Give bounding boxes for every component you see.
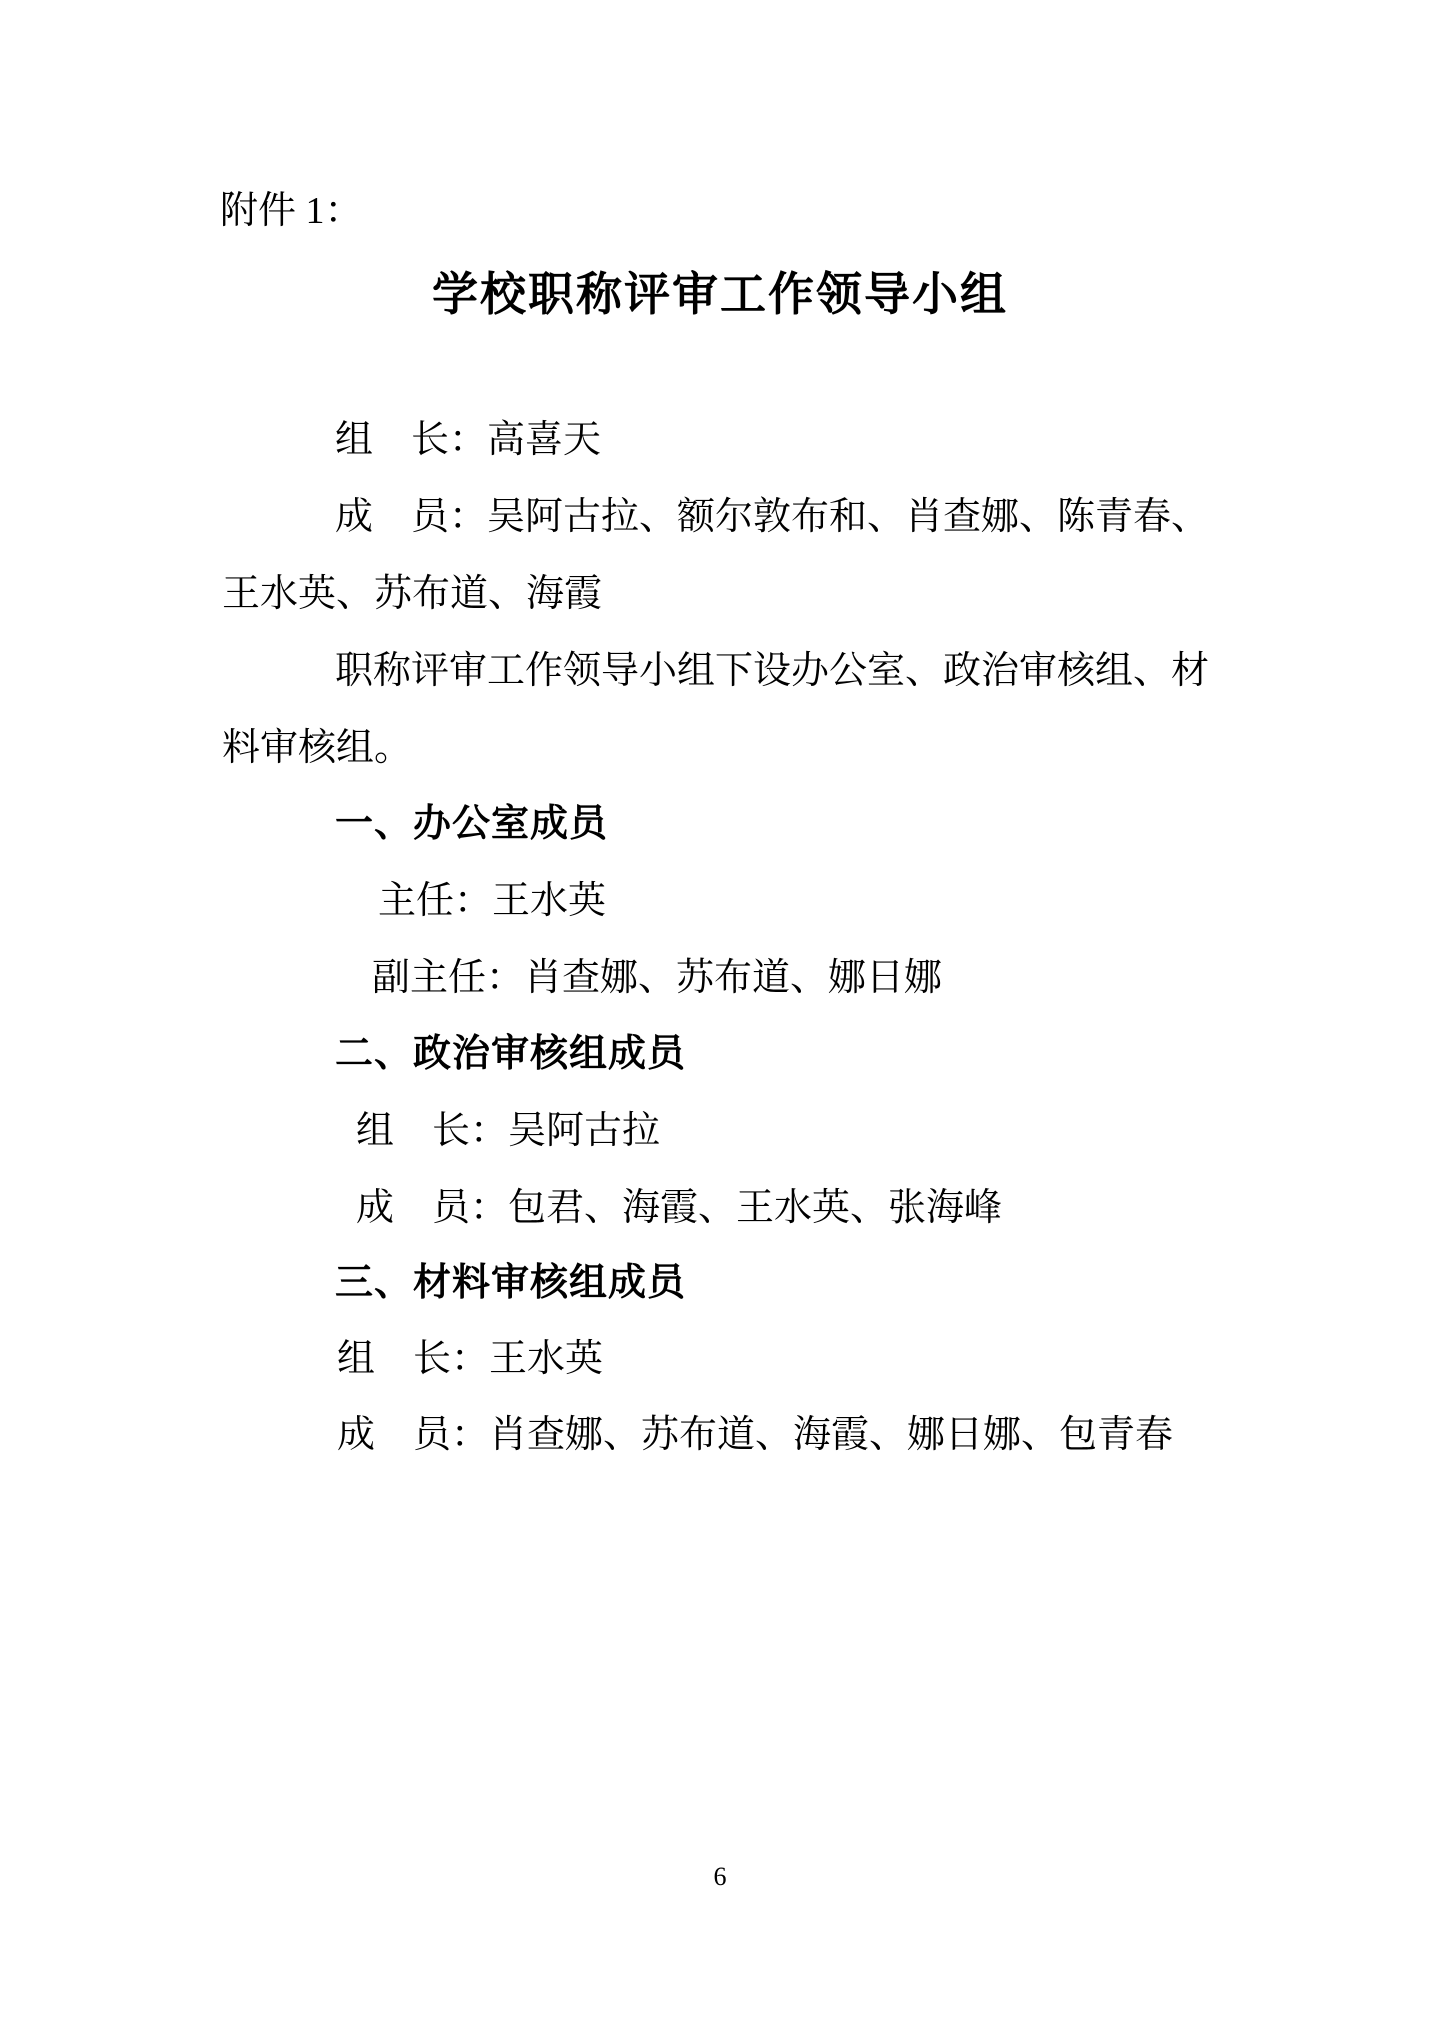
document-title: 学校职称评审工作领导小组 [0,258,1440,324]
group-note-line-1: 职称评审工作领导小组下设办公室、政治审核组、材 [335,650,1209,694]
material-review-members-line: 成 员：肖查娜、苏布道、海霞、娜日娜、包青春 [337,1414,1173,1458]
group-members-line-1: 成 员：吴阿古拉、额尔敦布和、肖查娜、陈青春、 [335,496,1209,540]
group-members-line-2: 王水英、苏布道、海霞 [222,573,602,617]
office-deputy-director-line: 副主任：肖查娜、苏布道、娜日娜 [372,957,942,1001]
page-number: 6 [0,1862,1440,1892]
material-review-leader-line: 组 长：王水英 [337,1338,603,1382]
political-review-members-line: 成 员：包君、海霞、王水英、张海峰 [356,1187,1002,1231]
section-political-review-heading: 二、政治审核组成员 [335,1033,686,1077]
section-material-review-heading: 三、材料审核组成员 [335,1262,686,1306]
document-page: 附件 1： 学校职称评审工作领导小组 组 长：高喜天 成 员：吴阿古拉、额尔敦布… [0,0,1440,2037]
political-review-leader-line: 组 长：吴阿古拉 [356,1110,660,1154]
attachment-label: 附件 1： [220,190,363,234]
office-director-line: 主任：王水英 [378,880,606,924]
group-leader-line: 组 长：高喜天 [335,419,601,463]
section-office-heading: 一、办公室成员 [335,803,608,847]
group-note-line-2: 料审核组。 [222,727,412,771]
